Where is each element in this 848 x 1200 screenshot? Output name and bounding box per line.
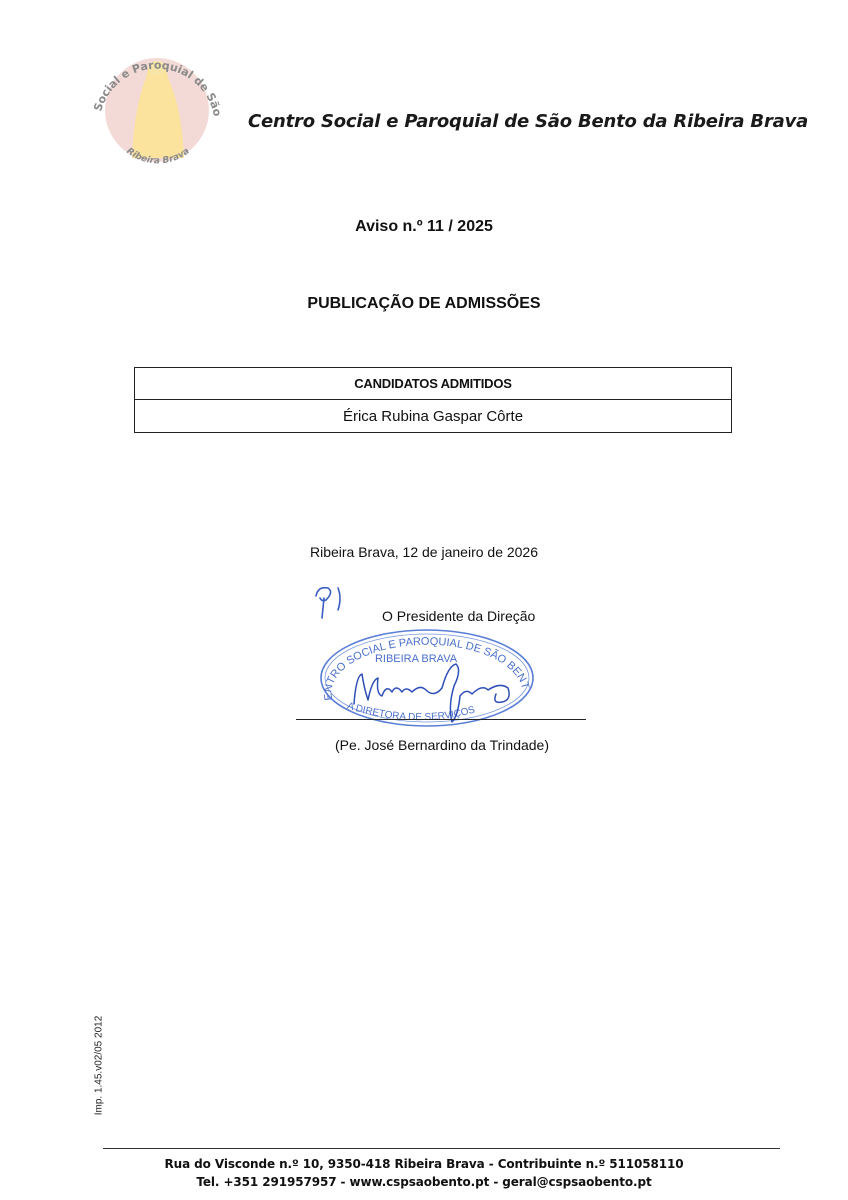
candidate-name: Érica Rubina Gaspar Côrte [135, 400, 732, 433]
document-page: Centro Social e Paroquial de São Bento R… [0, 0, 848, 1200]
parish-logo-icon: Centro Social e Paroquial de São Bento R… [82, 38, 232, 173]
table-header-row: CANDIDATOS ADMITIDOS [135, 368, 732, 400]
footer-contacts: Tel. +351 291957957 - www.cspsaobento.pt… [0, 1175, 848, 1189]
table-row: Érica Rubina Gaspar Côrte [135, 400, 732, 433]
footer-address: Rua do Visconde n.º 10, 9350-418 Ribeira… [0, 1157, 848, 1171]
organization-name: Centro Social e Paroquial de São Bento d… [248, 111, 808, 132]
signer-name: (Pe. José Bernardino da Trindade) [0, 737, 848, 753]
place-date: Ribeira Brava, 12 de janeiro de 2026 [0, 544, 848, 560]
notice-number: Aviso n.º 11 / 2025 [0, 218, 848, 236]
table-header: CANDIDATOS ADMITIDOS [135, 368, 732, 400]
svg-text:RIBEIRA BRAVA: RIBEIRA BRAVA [375, 653, 458, 665]
handwritten-initials-icon [310, 584, 350, 624]
footer-divider [103, 1148, 780, 1149]
form-code: Imp. 1.45.v02/05 2012 [94, 1006, 105, 1126]
admitted-candidates-table: CANDIDATOS ADMITIDOS Érica Rubina Gaspar… [134, 367, 732, 433]
signer-title: O Presidente da Direção [382, 608, 535, 624]
official-stamp-icon: CENTRO SOCIAL E PAROQUIAL DE SÃO BENTO R… [316, 626, 538, 730]
notice-title: PUBLICAÇÃO DE ADMISSÕES [0, 295, 848, 313]
signature-line [296, 719, 586, 720]
